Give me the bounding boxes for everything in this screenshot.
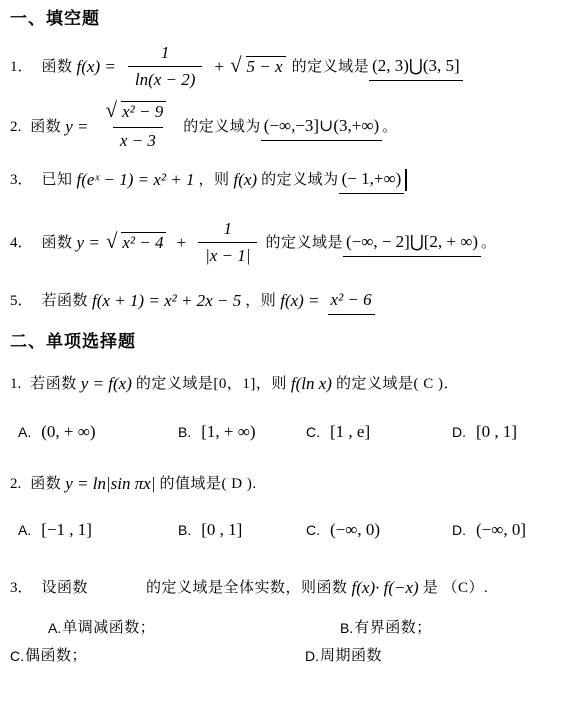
- fraction-numerator: 1: [217, 218, 240, 242]
- formula: y = ln|sin πx|: [65, 471, 155, 497]
- option-c[interactable]: C. [1 , e]: [306, 419, 452, 445]
- fraction-denominator: ln(x − 2): [128, 66, 203, 91]
- formula: f(eˣ − 1) = x² + 1: [77, 167, 195, 193]
- text-cursor: [405, 169, 407, 191]
- choice-options-row: A. 单调减函数； B. 有界函数；: [10, 617, 553, 639]
- option-label: C.: [10, 645, 24, 667]
- question-number: 2.: [10, 471, 21, 497]
- option-label: D.: [452, 419, 466, 445]
- question-text: 是 （C）.: [423, 575, 489, 601]
- option-value: (−∞, 0]: [476, 517, 526, 543]
- question-text: 已知: [42, 167, 73, 193]
- option-label: C.: [306, 517, 320, 543]
- option-value: [0 , 1]: [201, 517, 242, 543]
- choice-options-row: C. 偶函数； D. 周期函数: [10, 645, 553, 667]
- option-label: A.: [18, 419, 31, 445]
- option-label: D.: [452, 517, 466, 543]
- period: 。: [382, 114, 398, 140]
- option-d[interactable]: D. [0 , 1]: [452, 419, 553, 445]
- question-text: 的定义域是: [265, 230, 343, 256]
- question-text: 若函数: [42, 288, 89, 314]
- formula: y =: [65, 114, 88, 140]
- option-value: (0, + ∞): [41, 419, 95, 445]
- question-text: 设函数: [42, 575, 89, 601]
- question-number: 5．: [10, 288, 33, 314]
- question-text: 的定义域是: [292, 54, 370, 80]
- formula: f(x) =: [77, 54, 116, 80]
- option-a[interactable]: A. 单调减函数；: [10, 617, 340, 639]
- document-page: 一、填空题 1． 函数 f(x) = 1 ln(x − 2) + √ 5 − x…: [0, 0, 563, 715]
- question-number: 3．: [10, 167, 33, 193]
- radicand: 5 − x: [246, 56, 286, 77]
- formula: f(ln x): [291, 371, 332, 397]
- formula: y =: [77, 230, 100, 256]
- answer-blank[interactable]: (−∞,−3]∪(3,+∞): [261, 113, 382, 141]
- plus-sign: +: [176, 230, 186, 256]
- radical: √ 5 − x: [230, 56, 290, 77]
- option-label: A.: [18, 517, 31, 543]
- option-text: 周期函数: [320, 645, 382, 667]
- question-1: 1． 函数 f(x) = 1 ln(x − 2) + √ 5 − x 的定义域是…: [10, 42, 553, 91]
- fraction-denominator: |x − 1|: [198, 242, 257, 267]
- plus-sign: +: [214, 54, 224, 80]
- question-text: 函数: [42, 230, 73, 256]
- question-number: 4．: [10, 230, 33, 256]
- option-label: B.: [340, 617, 353, 639]
- radicand: x² − 9: [121, 101, 166, 122]
- fraction-numerator: √ x² − 9: [97, 101, 180, 127]
- choice-question-1: 1. 若函数 y = f(x) 的定义域是[0，1]，则 f(ln x) 的定义…: [10, 371, 553, 397]
- question-text: 的值域是( D ).: [160, 471, 257, 497]
- fraction: 1 ln(x − 2): [124, 42, 207, 91]
- question-text: 若函数: [30, 371, 77, 397]
- question-text: 的定义域为: [183, 114, 261, 140]
- period: 。: [481, 230, 497, 256]
- radical: √ x² − 9: [106, 101, 171, 122]
- question-text: 的定义域是全体实数，则函数: [146, 575, 348, 601]
- option-text: 单调减函数；: [62, 617, 155, 639]
- option-d[interactable]: D. (−∞, 0]: [452, 517, 553, 543]
- choice-options-row: A. [−1 , 1] B. [0 , 1] C. (−∞, 0) D. (−∞…: [10, 517, 553, 543]
- question-number: 3．: [10, 575, 33, 601]
- option-value: (−∞, 0): [330, 517, 380, 543]
- question-5: 5． 若函数 f(x + 1) = x² + 2x − 5 ，则 f(x) = …: [10, 287, 553, 315]
- question-text: 函数: [42, 54, 73, 80]
- answer-blank[interactable]: (− 1,+∞): [339, 166, 405, 194]
- fraction: √ x² − 9 x − 3: [97, 101, 180, 152]
- question-text: 的定义域是( C )．: [336, 371, 459, 397]
- option-text: 有界函数；: [354, 617, 432, 639]
- option-value: [1, + ∞): [201, 419, 255, 445]
- option-label: A.: [48, 617, 61, 639]
- option-a[interactable]: A. (0, + ∞): [18, 419, 178, 445]
- question-2: 2. 函数 y = √ x² − 9 x − 3 的定义域为 (−∞,−3]∪(…: [10, 101, 553, 152]
- option-value: [0 , 1]: [476, 419, 517, 445]
- option-d[interactable]: D. 周期函数: [305, 645, 553, 667]
- fraction: 1 |x − 1|: [194, 218, 261, 267]
- option-label: D.: [305, 645, 319, 667]
- option-label: B.: [178, 419, 191, 445]
- option-a[interactable]: A. [−1 , 1]: [18, 517, 178, 543]
- question-3: 3． 已知 f(eˣ − 1) = x² + 1 ，则 f(x) 的定义域为 (…: [10, 166, 553, 194]
- question-number: 1．: [10, 54, 33, 80]
- option-b[interactable]: B. 有界函数；: [340, 617, 553, 639]
- formula: f(x): [234, 167, 258, 193]
- question-number: 2.: [10, 114, 21, 140]
- option-value: [−1 , 1]: [41, 517, 92, 543]
- radical: √ x² − 4: [106, 232, 171, 253]
- option-c[interactable]: C. 偶函数；: [10, 645, 305, 667]
- fraction-denominator: x − 3: [113, 127, 163, 152]
- choice-question-3: 3． 设函数 的定义域是全体实数，则函数 f(x)· f(−x) 是 （C）.: [10, 575, 553, 601]
- choice-question-2: 2. 函数 y = ln|sin πx| 的值域是( D ).: [10, 471, 553, 497]
- answer-blank[interactable]: x² − 6: [328, 287, 375, 315]
- answer-blank[interactable]: (2, 3)⋃(3, 5]: [369, 53, 463, 81]
- option-b[interactable]: B. [1, + ∞): [178, 419, 306, 445]
- radical-sign: √: [230, 55, 242, 75]
- radical-sign: √: [106, 100, 118, 120]
- question-text: ，则: [245, 288, 276, 314]
- option-text: 偶函数；: [25, 645, 87, 667]
- question-text: 的定义域为: [261, 167, 339, 193]
- choice-options-row: A. (0, + ∞) B. [1, + ∞) C. [1 , e] D. [0…: [10, 419, 553, 445]
- question-text: 的定义域是[0，1]，则: [136, 371, 287, 397]
- question-text: ，则: [198, 167, 229, 193]
- option-label: C.: [306, 419, 320, 445]
- formula: y = f(x): [81, 371, 132, 397]
- formula: f(x)· f(−x): [352, 575, 419, 601]
- question-text: 函数: [30, 114, 61, 140]
- option-label: B.: [178, 517, 191, 543]
- answer-blank[interactable]: (−∞, − 2]⋃[2, + ∞): [343, 229, 481, 257]
- question-number: 1.: [10, 371, 21, 397]
- formula: f(x) =: [280, 288, 319, 314]
- option-c[interactable]: C. (−∞, 0): [306, 517, 452, 543]
- question-text: 函数: [30, 471, 61, 497]
- question-4: 4． 函数 y = √ x² − 4 + 1 |x − 1| 的定义域是 (−∞…: [10, 218, 553, 267]
- radicand: x² − 4: [121, 232, 166, 253]
- section2-heading: 二、单项选择题: [10, 331, 553, 353]
- fraction-numerator: 1: [154, 42, 177, 66]
- radical-sign: √: [106, 231, 118, 251]
- section1-heading: 一、填空题: [10, 8, 553, 30]
- option-b[interactable]: B. [0 , 1]: [178, 517, 306, 543]
- option-value: [1 , e]: [330, 419, 370, 445]
- formula: f(x + 1) = x² + 2x − 5: [92, 288, 241, 314]
